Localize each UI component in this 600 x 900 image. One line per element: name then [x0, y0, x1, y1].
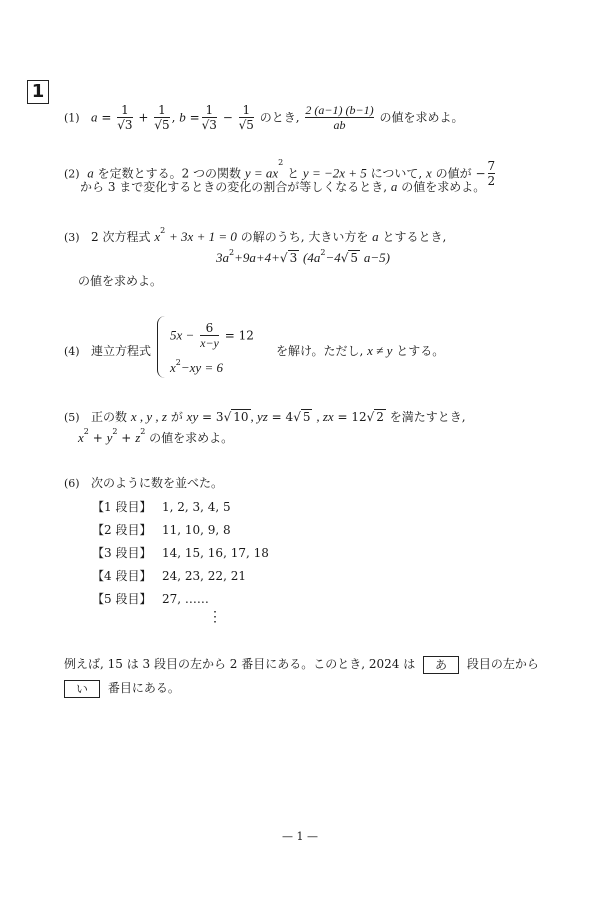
sqrt-3: √3 — [280, 251, 299, 265]
text: 段目の左から — [467, 657, 539, 671]
plus: + — [138, 111, 148, 125]
sqrt-2: √2 — [367, 410, 386, 424]
expr: +9a+4+ — [234, 250, 280, 265]
sequence-row: 【1 段目】1, 2, 3, 4, 5 — [92, 498, 231, 515]
fraction-6-over-x-minus-y: 6x−y — [200, 322, 219, 350]
target-expression: 2 (a−1) (b−1)ab — [305, 104, 373, 132]
var-a: a — [391, 179, 398, 194]
text: 正の数 — [91, 410, 127, 424]
question-label: (3) — [64, 231, 80, 244]
question-label: (6) — [64, 477, 80, 490]
fraction-7-2: 72 — [488, 160, 496, 188]
expr: , zx — [316, 409, 333, 424]
expr: = 3 — [202, 410, 224, 424]
expr: 3a — [216, 250, 229, 265]
exponent: 2 — [140, 427, 145, 436]
row-label: 【1 段目】 — [92, 498, 162, 515]
text: 例えば, 15 は 3 段目の左から 2 番目にある。このとき, 2024 は — [64, 657, 415, 671]
page-number: — 1 — — [282, 830, 318, 843]
question-4-label: (4) 連立方程式 — [64, 342, 151, 359]
vars: x , y , z — [131, 409, 167, 424]
text: 連立方程式 — [91, 344, 151, 358]
plus: + — [93, 431, 103, 445]
row-label: 【2 段目】 — [92, 521, 162, 538]
sequence-row: 【5 段目】27, …… — [92, 590, 209, 607]
expr: −xy = 6 — [181, 360, 223, 375]
text: の値を求めよ。 — [149, 431, 233, 445]
fraction-1-sqrt3: 1√3 — [202, 104, 217, 132]
sequence-row: 【4 段目】24, 23, 22, 21 — [92, 567, 246, 584]
text: から 3 まで変化するときの変化の割合が等しくなるとき, — [80, 180, 387, 194]
fraction-1-sqrt3: 1√3 — [117, 104, 132, 132]
question-6-prompt-line-2: い 番目にある。 — [60, 679, 180, 698]
row-label: 【3 段目】 — [92, 544, 162, 561]
question-label: (2) — [64, 168, 80, 181]
equation-1: 5x − 6x−y = 12 — [170, 322, 254, 350]
system-brace — [157, 316, 166, 378]
exponent: 2 — [176, 358, 181, 367]
question-5-line-2: x2 + y2 + z2 の値を求めよ。 — [78, 429, 233, 446]
expr: = 12 — [225, 329, 254, 343]
answer-box-a: あ — [423, 656, 459, 674]
question-3-line-3: の値を求めよ。 — [78, 272, 162, 289]
row-values: 11, 10, 9, 8 — [162, 523, 231, 537]
exponent: 2 — [320, 248, 325, 257]
exponent: 2 — [84, 427, 89, 436]
expr: = 12 — [337, 410, 366, 424]
question-1: (1) a = 1√3 + 1√5, b =1√3 − 1√5 のとき, 2 (… — [64, 104, 463, 132]
text: を解け。ただし, — [276, 344, 363, 358]
expr: x — [170, 360, 176, 375]
text: が — [171, 410, 183, 424]
expr: (4a — [303, 250, 320, 265]
expr: xy — [187, 409, 199, 424]
equation: + 3x + 1 = 0 — [169, 229, 237, 244]
problem-number-box: 1 — [27, 80, 49, 104]
text: 番目にある。 — [108, 681, 180, 695]
text: 次のように数を並べた。 — [91, 476, 223, 490]
row-values: 14, 15, 16, 17, 18 — [162, 546, 269, 560]
expr: 5x − — [170, 328, 194, 343]
answer-box-i: い — [64, 680, 100, 698]
question-label: (5) — [64, 411, 80, 424]
question-6: (6) 次のように数を並べた。 — [64, 474, 223, 491]
fraction-1-sqrt5: 1√5 — [154, 104, 169, 132]
question-6-prompt-line-1: 例えば, 15 は 3 段目の左から 2 番目にある。このとき, 2024 は … — [64, 655, 539, 674]
exponent: 2 — [160, 226, 165, 235]
text: を満たすとき, — [390, 410, 466, 424]
question-3-expression: 3a2+9a+4+√3 (4a2−4√5 a−5) — [216, 250, 390, 266]
row-label: 【4 段目】 — [92, 567, 162, 584]
text: とするとき, — [383, 230, 447, 244]
expr: a−5) — [364, 250, 390, 265]
text: とする。 — [396, 344, 444, 358]
plus: + — [121, 431, 131, 445]
sqrt-10: √10 — [224, 410, 251, 424]
fraction-1-sqrt5: 1√5 — [239, 104, 254, 132]
exponent: 2 — [112, 427, 117, 436]
row-label: 【5 段目】 — [92, 590, 162, 607]
question-label: (4) — [64, 345, 80, 358]
sequence-row: 【3 段目】14, 15, 16, 17, 18 — [92, 544, 269, 561]
expr: , yz — [251, 409, 268, 424]
equals: = — [190, 111, 200, 125]
sequence-row: 【2 段目】11, 10, 9, 8 — [92, 521, 231, 538]
exponent: 2 — [229, 248, 234, 257]
text: 2 次方程式 — [91, 230, 150, 244]
expr: = 4 — [272, 410, 294, 424]
text: の値を求めよ。 — [401, 180, 485, 194]
question-label: (1) — [64, 112, 80, 125]
sqrt-5: √5 — [341, 251, 360, 265]
row-values: 27, …… — [162, 592, 209, 606]
question-5: (5) 正の数 x , y , z が xy = 3√10, yz = 4√5 … — [64, 408, 466, 425]
question-4-tail: を解け。ただし, x ≠ y とする。 — [276, 342, 444, 359]
expr: −4 — [325, 250, 340, 265]
question-3: (3) 2 次方程式 x2 + 3x + 1 = 0 の解のうち, 大きい方を … — [64, 228, 446, 245]
sqrt-5: √5 — [293, 410, 312, 424]
question-2-line-2: から 3 まで変化するときの変化の割合が等しくなるとき, a の値を求めよ。 — [80, 178, 485, 195]
var-x: x — [78, 430, 84, 445]
exponent: 2 — [278, 158, 283, 167]
text: のとき, — [260, 111, 300, 125]
equation-2: x2−xy = 6 — [170, 360, 223, 376]
minus: − — [223, 111, 233, 125]
var-a: a — [91, 110, 98, 125]
vertical-ellipsis: ⋮ — [208, 609, 222, 625]
comma: , — [172, 111, 176, 125]
text: の解のうち, 大きい方を — [241, 230, 369, 244]
equals: = — [101, 111, 111, 125]
row-values: 24, 23, 22, 21 — [162, 569, 246, 583]
var-a: a — [372, 229, 379, 244]
condition: x ≠ y — [367, 343, 392, 358]
text: の値を求めよ。 — [379, 111, 463, 125]
row-values: 1, 2, 3, 4, 5 — [162, 500, 231, 514]
var-b: b — [179, 110, 186, 125]
